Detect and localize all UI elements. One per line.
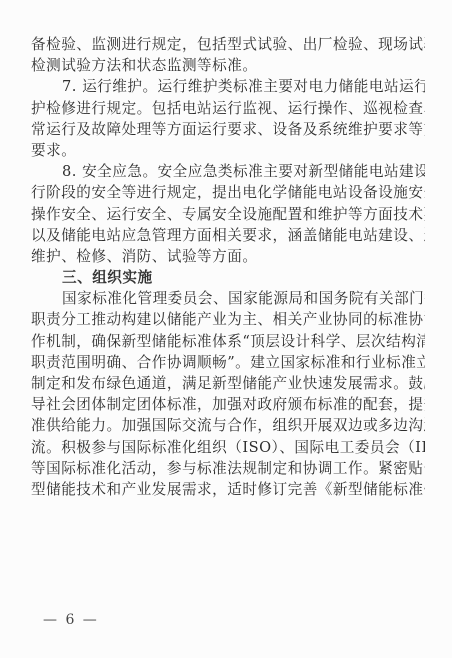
section-heading-organization-implementation: 三、组织实施 xyxy=(31,267,425,288)
body-text-line: 行阶段的安全等进行规定，提出电化学储能电站设备设施安全、 xyxy=(31,182,425,203)
section-7-operation-maintenance: 7. 运行维护。运行维护类标准主要对电力储能电站运行、维 xyxy=(31,76,425,97)
body-text-line: 型储能技术和产业发展需求，适时修订完善《新型储能标准体系 xyxy=(31,479,425,500)
body-text-line: 导社会团体制定团体标准，加强对政府颁布标准的配套，提升标 xyxy=(31,394,425,415)
body-text-line: 等国际标准化活动，参与标准法规制定和协调工作。紧密贴合新 xyxy=(31,458,425,479)
body-text-line: 制定和发布绿色通道，满足新型储能产业快速发展需求。鼓励引 xyxy=(31,373,425,394)
body-text-line: 维护、检修、消防、试验等方面。 xyxy=(31,246,425,267)
document-page: 备检验、监测进行规定，包括型式试验、出厂检验、现场试验等 检测试验方法和状态监测… xyxy=(31,34,425,500)
body-text-line: 备检验、监测进行规定，包括型式试验、出厂检验、现场试验等 xyxy=(31,34,425,55)
body-text-line: 护检修进行规定。包括电站运行监视、运行操作、巡视检查、异 xyxy=(31,98,425,119)
body-text-line: 检测试验方法和状态监测等标准。 xyxy=(31,55,425,76)
body-text-line: 常运行及故障处理等方面运行要求、设备及系统维护要求等方面 xyxy=(31,119,425,140)
body-text-line: 准供给能力。加强国际交流与合作，组织开展双边或多边沟通交 xyxy=(31,415,425,436)
body-text-line: 职责范围明确、合作协调顺畅”。建立国家标准和行业标准立项、 xyxy=(31,352,425,373)
body-text-line: 国家标准化管理委员会、国家能源局和国务院有关部门按照 xyxy=(31,288,425,309)
body-text-line: 要求。 xyxy=(31,140,425,161)
body-text-line: 流。积极参与国际标准化组织（ISO）、国际电工委员会（IEC） xyxy=(31,437,425,458)
page-number: — 6 — xyxy=(43,612,99,628)
body-text-line: 以及储能电站应急管理方面相关要求，涵盖储能电站建设、运行、 xyxy=(31,225,425,246)
body-text-line: 作机制，确保新型储能标准体系“顶层设计科学、层次结构清晰、 xyxy=(31,331,425,352)
body-text-line: 职责分工推动构建以储能产业为主、相关产业协同的标准协调工 xyxy=(31,309,425,330)
body-text-line: 操作安全、运行安全、专属安全设施配置和维护等方面技术要求 xyxy=(31,204,425,225)
section-8-safety-emergency: 8. 安全应急。安全应急类标准主要对新型储能电站建设、运 xyxy=(31,161,425,182)
